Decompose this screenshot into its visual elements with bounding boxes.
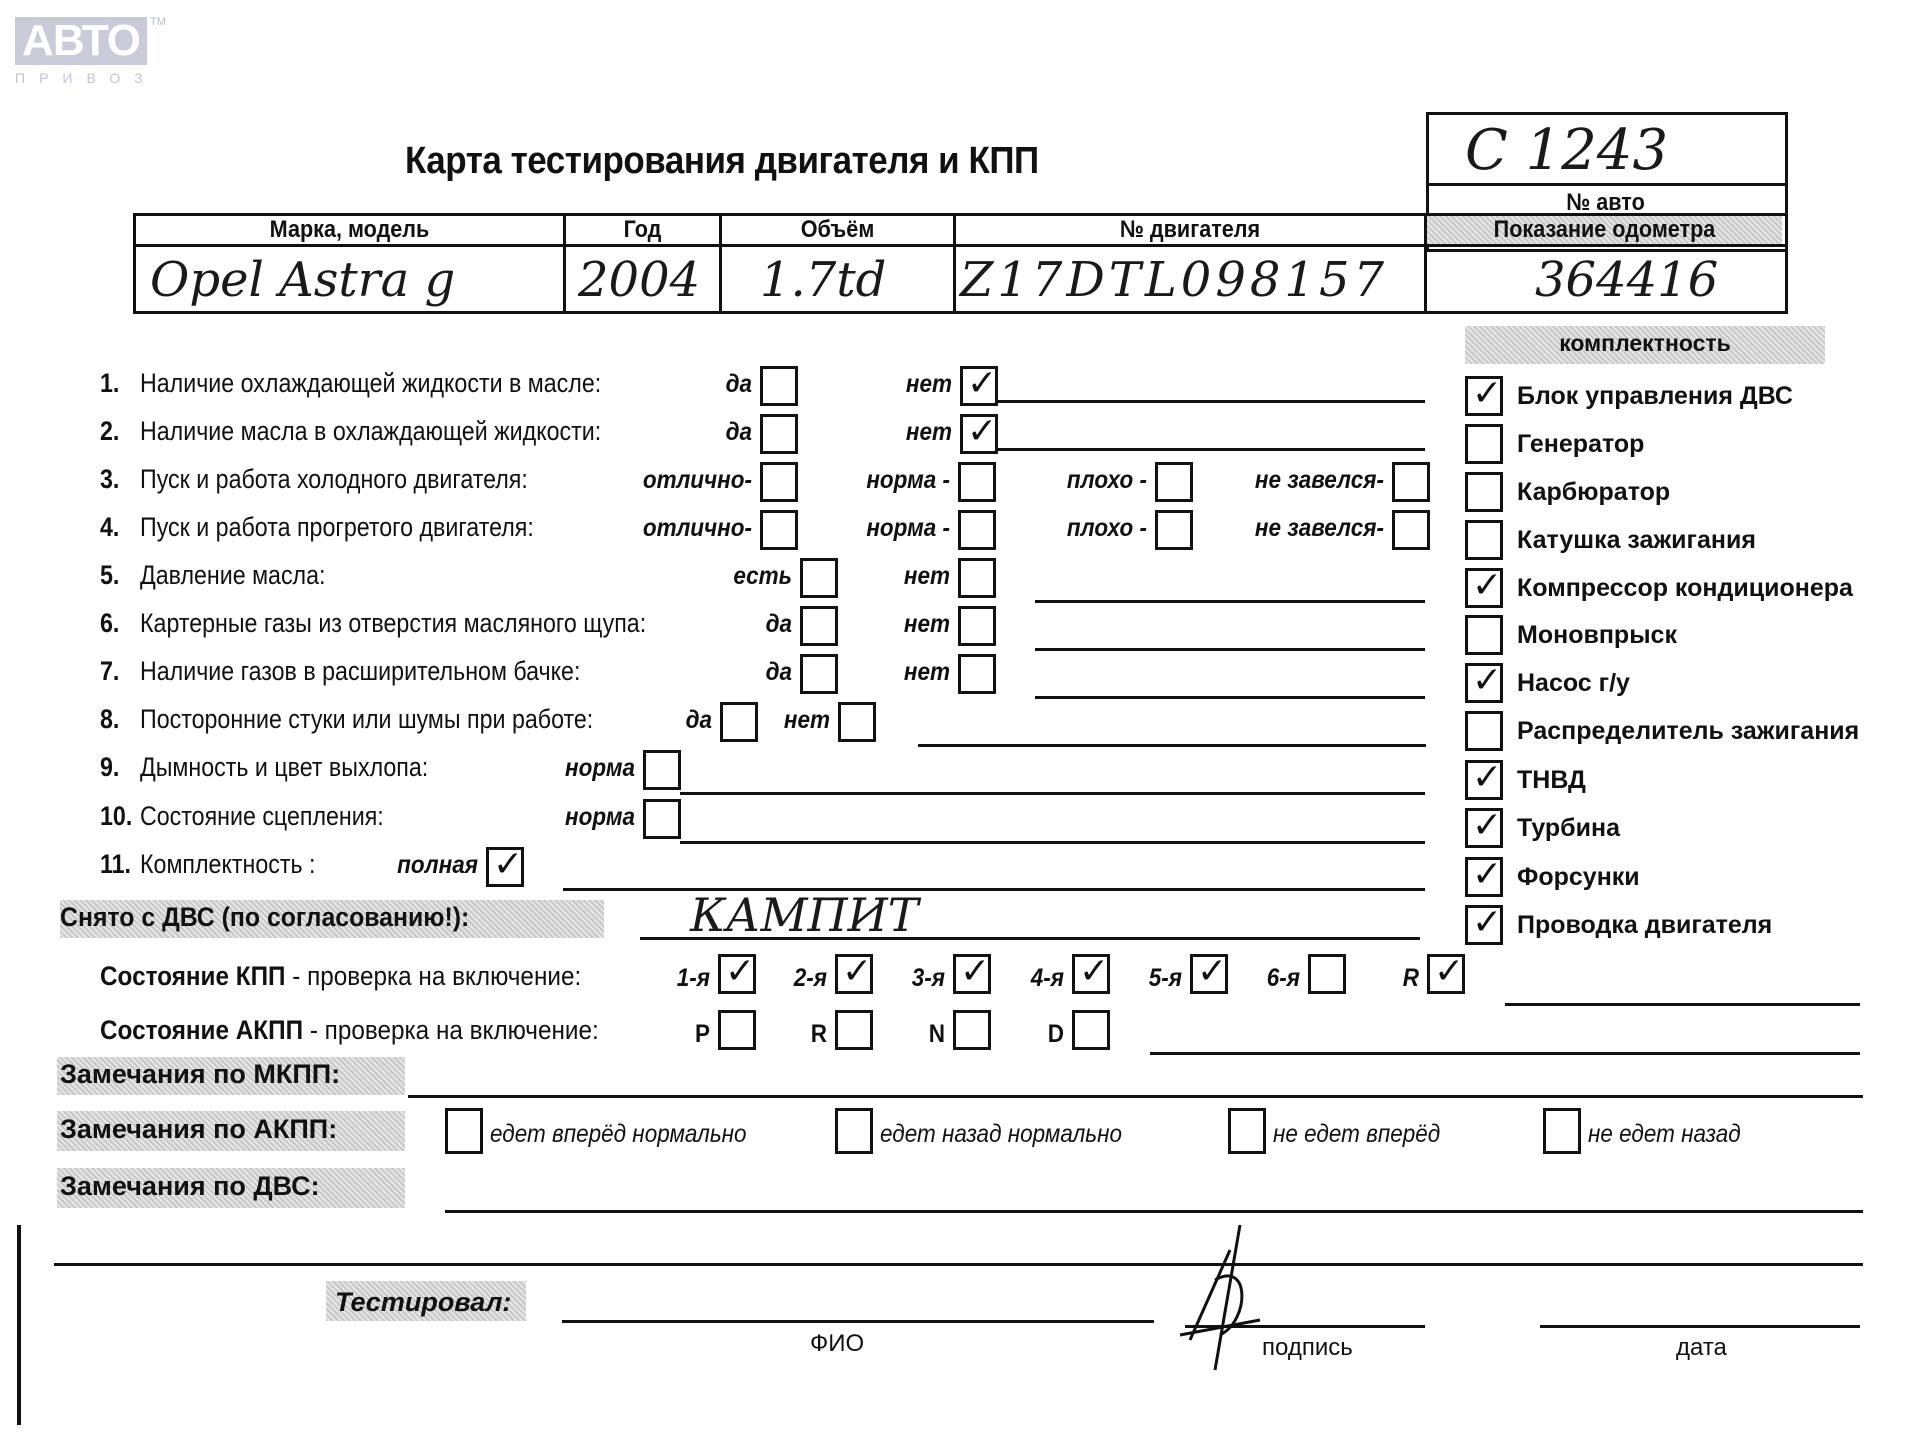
manual-gearbox-title: Состояние КПП xyxy=(100,961,286,991)
gear-label: R xyxy=(1329,964,1419,993)
option-label: не завелся- xyxy=(1157,514,1384,543)
option-checkbox[interactable] xyxy=(958,606,996,646)
question-number: 6. xyxy=(100,608,119,639)
option-label: норма xyxy=(408,754,635,783)
odometer-value[interactable]: 364416 xyxy=(1535,252,1718,308)
remarks-mkpp-line xyxy=(408,1095,1863,1098)
akpp-remark-label: едет вперёд нормально xyxy=(490,1120,747,1149)
col-header-odometer: Показание одометра xyxy=(1445,216,1765,244)
question-text: Дымность и цвет выхлопа: xyxy=(140,752,428,783)
question-number: 9. xyxy=(100,752,119,783)
gear-label: 1-я xyxy=(620,964,710,993)
option-label: нет xyxy=(723,658,950,687)
question-text: Пуск и работа холодного двигателя: xyxy=(140,464,528,495)
answer-line xyxy=(1035,648,1425,651)
option-label: плохо - xyxy=(920,514,1147,543)
option-checkbox[interactable] xyxy=(643,799,681,839)
akpp-remark-checkbox[interactable] xyxy=(1543,1108,1581,1154)
remarks-mkpp-label: Замечания по МКПП: xyxy=(60,1059,340,1090)
col-header-model: Марка, модель xyxy=(157,216,541,244)
question-number: 4. xyxy=(100,512,119,543)
removed-line xyxy=(640,937,1420,940)
option-label: отлично- xyxy=(525,466,752,495)
completeness-header: комплектность xyxy=(1465,330,1825,357)
logo-tm: TM xyxy=(150,16,166,28)
date-line xyxy=(1540,1325,1860,1328)
akpp-remark-label: не едет назад xyxy=(1588,1120,1741,1149)
answer-line xyxy=(680,841,1425,844)
question-text: Состояние сцепления: xyxy=(140,801,384,832)
handwritten-signature xyxy=(1170,1220,1290,1380)
gear-label: 3-я xyxy=(855,964,945,993)
remarks-dvs-line xyxy=(445,1210,1863,1213)
completeness-item-label: Распределитель зажигания xyxy=(1517,717,1859,746)
option-checkbox[interactable] xyxy=(643,750,681,790)
akpp-remark-checkbox[interactable] xyxy=(835,1108,873,1154)
option-label: нет xyxy=(723,562,950,591)
completeness-item-label: Моновпрыск xyxy=(1517,621,1677,650)
auto-gearbox-label: Состояние АКПП - проверка на включение: xyxy=(100,1015,599,1046)
question-number: 7. xyxy=(100,656,119,687)
model-value[interactable]: Opel Astra g xyxy=(150,252,455,308)
option-label: нет xyxy=(725,418,952,447)
akpp-remark-checkbox[interactable] xyxy=(1228,1108,1266,1154)
col-header-volume: Объём xyxy=(734,216,942,244)
completeness-item-label: Форсунки xyxy=(1517,863,1640,892)
manual-gearbox-label: Состояние КПП - проверка на включение: xyxy=(100,961,581,992)
option-label: норма - xyxy=(723,514,950,543)
option-label: норма - xyxy=(723,466,950,495)
page-title: Карта тестирования двигателя и КПП xyxy=(405,140,1039,183)
manual-remarks-line xyxy=(1505,1003,1860,1006)
question-number: 2. xyxy=(100,416,119,447)
option-label: полная xyxy=(251,851,478,880)
option-label: норма xyxy=(408,803,635,832)
answer-line xyxy=(995,448,1425,451)
option-label: не завелся- xyxy=(1157,466,1384,495)
auto-gearbox-subtitle: - проверка на включение: xyxy=(303,1015,599,1045)
removed-label: Снято с ДВС (по согласованию!): xyxy=(60,902,469,933)
completeness-checkbox[interactable] xyxy=(1465,568,1503,608)
question-text: Давление масла: xyxy=(140,560,325,591)
option-checkbox[interactable] xyxy=(486,847,524,887)
completeness-checkbox[interactable] xyxy=(1465,520,1503,560)
option-label: нет xyxy=(603,706,830,735)
auto-gearbox-title: Состояние АКПП xyxy=(100,1015,303,1045)
option-label: да xyxy=(525,418,752,447)
completeness-checkbox[interactable] xyxy=(1465,472,1503,512)
completeness-checkbox[interactable] xyxy=(1465,663,1503,703)
volume-value[interactable]: 1.7td xyxy=(760,252,886,308)
col-header-engine-no: № двигателя xyxy=(979,216,1400,244)
completeness-checkbox[interactable] xyxy=(1465,711,1503,751)
answer-line xyxy=(995,400,1425,403)
completeness-checkbox[interactable] xyxy=(1465,808,1503,848)
completeness-item-label: Турбина xyxy=(1517,814,1620,843)
gear-label: 5-я xyxy=(1092,964,1182,993)
completeness-checkbox[interactable] xyxy=(1465,760,1503,800)
gear-label: D xyxy=(974,1020,1064,1049)
completeness-checkbox[interactable] xyxy=(1465,905,1503,945)
akpp-remark-label: едет назад нормально xyxy=(880,1120,1122,1149)
fio-line xyxy=(562,1320,1154,1323)
question-number: 1. xyxy=(100,368,119,399)
remarks-akpp-label: Замечания по АКПП: xyxy=(60,1114,337,1145)
gear-label: R xyxy=(737,1020,827,1049)
question-number: 10. xyxy=(100,801,132,832)
completeness-item-label: Карбюратор xyxy=(1517,478,1670,507)
gear-label: P xyxy=(620,1020,710,1049)
completeness-checkbox[interactable] xyxy=(1465,424,1503,464)
auto-remarks-line xyxy=(1150,1052,1860,1055)
page-edge xyxy=(17,1225,21,1425)
answer-line xyxy=(1035,600,1425,603)
completeness-item-label: Генератор xyxy=(1517,430,1644,459)
completeness-item-label: Насос г/у xyxy=(1517,669,1630,698)
question-number: 8. xyxy=(100,704,119,735)
gear-checkbox[interactable] xyxy=(1072,1010,1110,1050)
option-checkbox[interactable] xyxy=(958,558,996,598)
completeness-item-label: Компрессор кондиционера xyxy=(1517,574,1853,603)
option-checkbox[interactable] xyxy=(960,414,998,454)
completeness-checkbox[interactable] xyxy=(1465,857,1503,897)
logo-subtitle: ПРИВОЗ xyxy=(15,70,157,86)
manual-gearbox-subtitle: - проверка на включение: xyxy=(286,961,582,991)
option-checkbox[interactable] xyxy=(958,654,996,694)
question-number: 11. xyxy=(100,849,131,880)
answer-line xyxy=(680,792,1425,795)
gear-label: N xyxy=(855,1020,945,1049)
completeness-item-label: Проводка двигателя xyxy=(1517,911,1772,940)
option-checkbox[interactable] xyxy=(1392,462,1430,502)
option-label: нет xyxy=(725,370,952,399)
car-number-value[interactable]: C 1243 xyxy=(1465,118,1668,183)
question-number: 5. xyxy=(100,560,119,591)
divider xyxy=(133,244,1785,247)
col-header-year: Год xyxy=(574,216,712,244)
divider xyxy=(1426,183,1785,186)
question-text: Пуск и работа прогретого двигателя: xyxy=(140,512,534,543)
completeness-checkbox[interactable] xyxy=(1465,376,1503,416)
completeness-checkbox[interactable] xyxy=(1465,615,1503,655)
tested-by-label: Тестировал: xyxy=(335,1287,511,1318)
question-number: 3. xyxy=(100,464,119,495)
question-text: Наличие газов в расширительном бачке: xyxy=(140,656,580,687)
option-checkbox[interactable] xyxy=(960,366,998,406)
option-checkbox[interactable] xyxy=(838,702,876,742)
remarks-dvs-line-2 xyxy=(54,1263,1863,1266)
remarks-dvs-label: Замечания по ДВС: xyxy=(60,1171,320,1202)
answer-line xyxy=(1035,696,1425,699)
akpp-remark-label: не едет вперёд xyxy=(1273,1120,1440,1149)
gear-label: 2-я xyxy=(737,964,827,993)
option-label: отлично- xyxy=(525,514,752,543)
completeness-item-label: ТНВД xyxy=(1517,766,1586,795)
completeness-item-label: Блок управления ДВС xyxy=(1517,382,1793,411)
option-label: нет xyxy=(723,610,950,639)
removed-value[interactable]: КАМПИТ xyxy=(690,888,918,942)
logo: АВТО xyxy=(15,17,147,65)
completeness-item-label: Катушка зажигания xyxy=(1517,526,1756,555)
option-label: плохо - xyxy=(920,466,1147,495)
option-label: да xyxy=(525,370,752,399)
engine-number-value[interactable]: Z17DTL098157 xyxy=(960,252,1388,308)
akpp-remark-checkbox[interactable] xyxy=(445,1108,483,1154)
option-checkbox[interactable] xyxy=(1392,510,1430,550)
fio-label: ФИО xyxy=(810,1330,864,1358)
gear-label: 6-я xyxy=(1210,964,1300,993)
year-value[interactable]: 2004 xyxy=(578,252,700,308)
gear-checkbox[interactable] xyxy=(1427,954,1465,994)
gear-label: 4-я xyxy=(974,964,1064,993)
date-label: дата xyxy=(1676,1334,1727,1362)
answer-line xyxy=(918,744,1426,747)
